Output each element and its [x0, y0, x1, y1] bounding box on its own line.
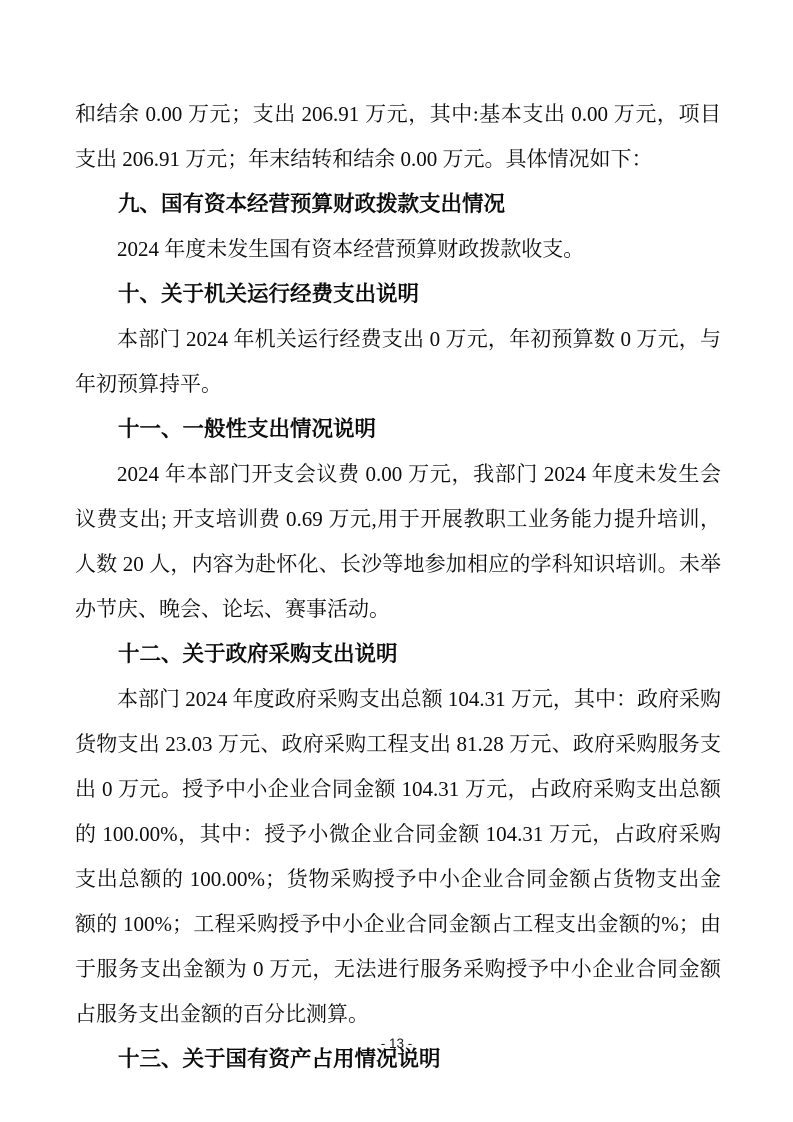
paragraph-carryover: 和结余 0.00 万元；支出 206.91 万元，其中:基本支出 0.00 万元…	[75, 92, 721, 182]
document-body: 和结余 0.00 万元；支出 206.91 万元，其中:基本支出 0.00 万元…	[75, 92, 721, 1082]
heading-section-11: 十一、一般性支出情况说明	[75, 407, 721, 452]
page-number: - 13 -	[0, 1034, 793, 1054]
heading-section-12: 十二、关于政府采购支出说明	[75, 632, 721, 677]
paragraph-section-12: 本部门 2024 年度政府采购支出总额 104.31 万元，其中：政府采购货物支…	[75, 677, 721, 1037]
paragraph-section-9: 2024 年度未发生国有资本经营预算财政拨款收支。	[75, 227, 721, 272]
heading-section-9: 九、国有资本经营预算财政拨款支出情况	[75, 182, 721, 227]
paragraph-section-11: 2024 年本部门开支会议费 0.00 万元，我部门 2024 年度未发生会议费…	[75, 452, 721, 632]
paragraph-section-10: 本部门 2024 年机关运行经费支出 0 万元，年初预算数 0 万元，与年初预算…	[75, 317, 721, 407]
document-page: 和结余 0.00 万元；支出 206.91 万元，其中:基本支出 0.00 万元…	[0, 0, 793, 1122]
heading-section-10: 十、关于机关运行经费支出说明	[75, 272, 721, 317]
